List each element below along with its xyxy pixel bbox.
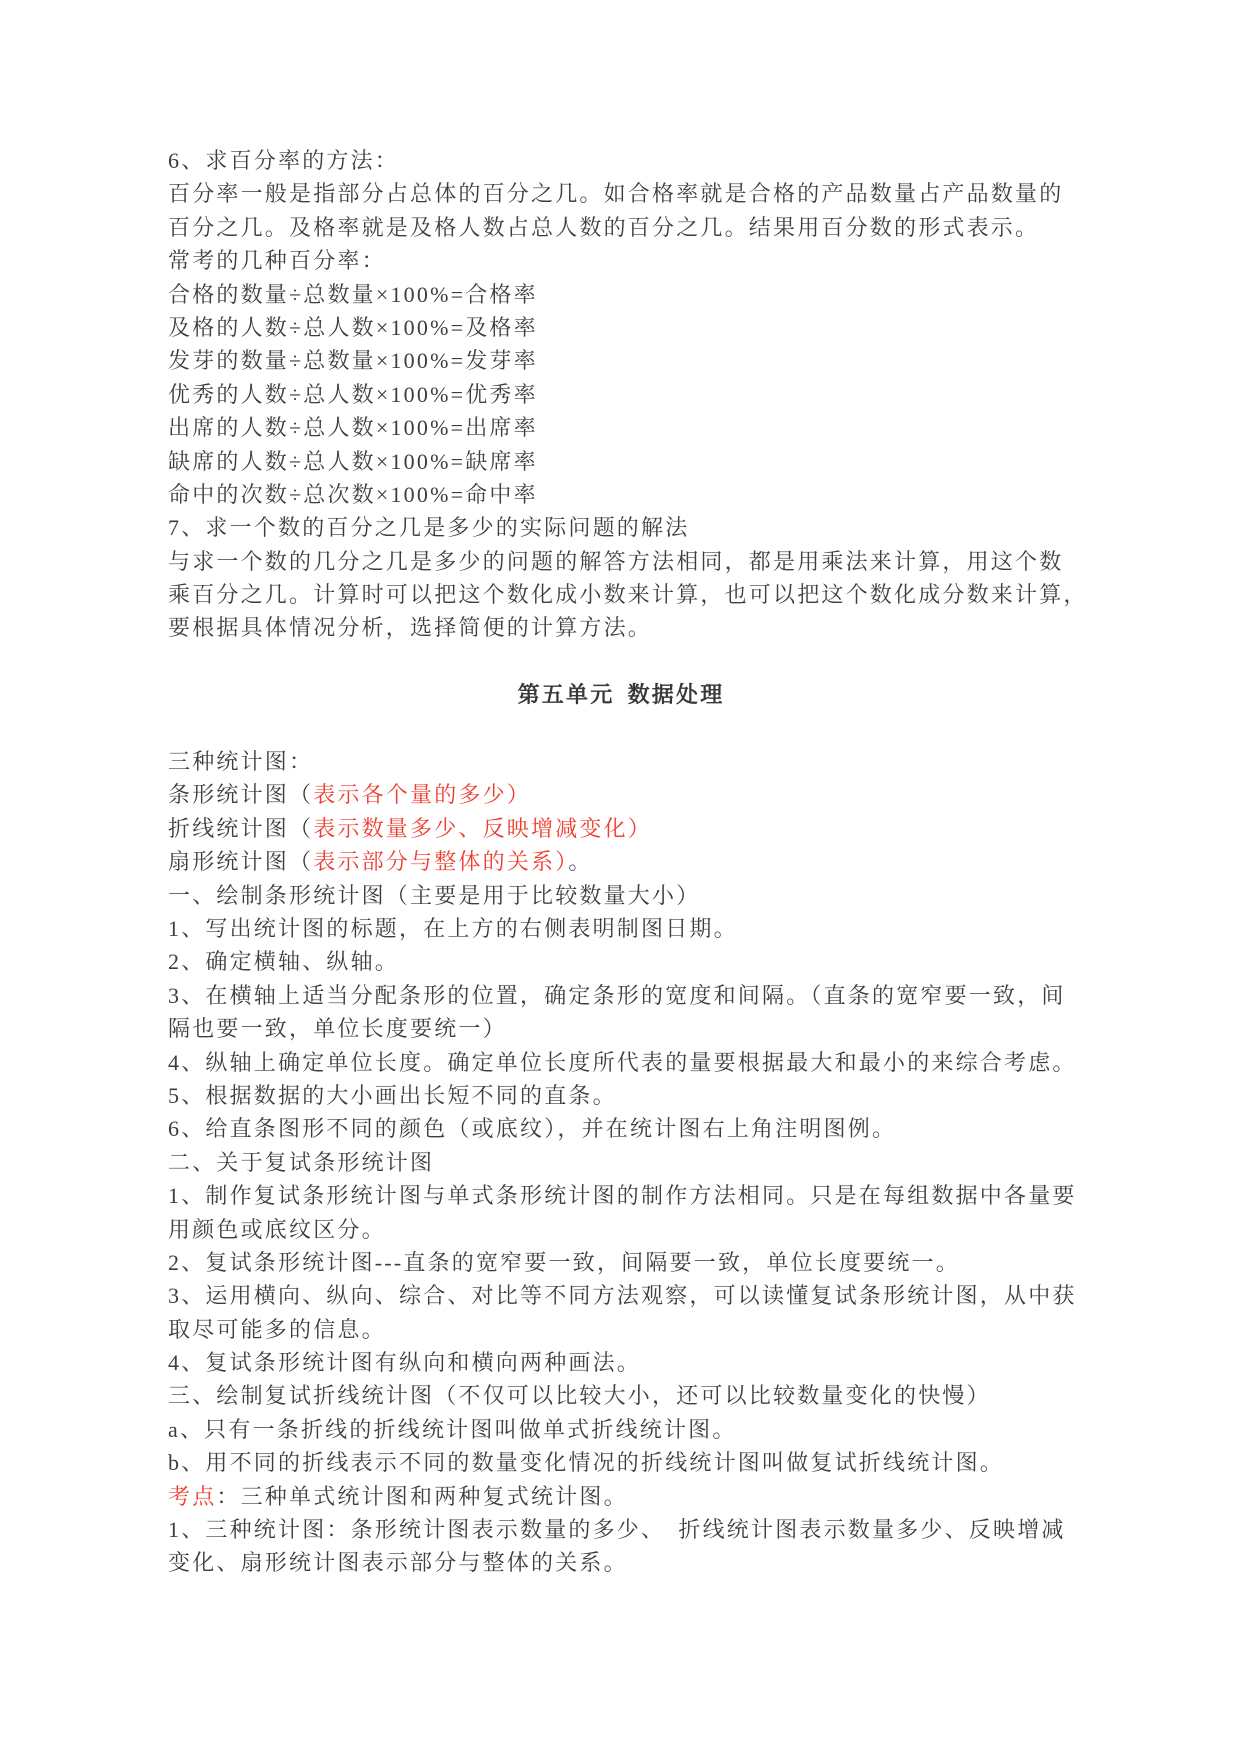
doc-line: 取尽可能多的信息。 bbox=[168, 1313, 1074, 1346]
doc-line: 4、复试条形统计图有纵向和横向两种画法。 bbox=[168, 1346, 1074, 1379]
doc-line-segment-red: 表示部分与整体的关系） bbox=[313, 849, 568, 874]
doc-line: 3、运用横向、纵向、综合、对比等不同方法观察，可以读懂复试条形统计图，从中获 bbox=[168, 1279, 1074, 1312]
doc-line-formula: 合格的数量÷总数量×100%=合格率 bbox=[168, 278, 1074, 311]
doc-line-formula: 优秀的人数÷总人数×100%=优秀率 bbox=[168, 378, 1074, 411]
doc-line: 用颜色或底纹区分。 bbox=[168, 1213, 1074, 1246]
doc-line-formula: 出席的人数÷总人数×100%=出席率 bbox=[168, 411, 1074, 444]
document-page: 6、求百分率的方法： 百分率一般是指部分占总体的百分之几。如合格率就是合格的产品… bbox=[0, 0, 1241, 1754]
doc-line: b、用不同的折线表示不同的数量变化情况的折线统计图叫做复试折线统计图。 bbox=[168, 1446, 1074, 1479]
doc-line: 1、写出统计图的标题，在上方的右侧表明制图日期。 bbox=[168, 912, 1074, 945]
doc-line-formula: 命中的次数÷总次数×100%=命中率 bbox=[168, 478, 1074, 511]
doc-line-formula: 及格的人数÷总人数×100%=及格率 bbox=[168, 311, 1074, 344]
doc-line: 与求一个数的几分之几是多少的问题的解答方法相同，都是用乘法来计算，用这个数 bbox=[168, 545, 1074, 578]
doc-line: 4、纵轴上确定单位长度。确定单位长度所代表的量要根据最大和最小的来综合考虑。 bbox=[168, 1046, 1074, 1079]
doc-line-segment: ：三种单式统计图和两种复式统计图。 bbox=[216, 1484, 627, 1509]
doc-line: a、只有一条折线的折线统计图叫做单式折线统计图。 bbox=[168, 1413, 1074, 1446]
doc-line-pie-chart: 扇形统计图（表示部分与整体的关系）。 bbox=[168, 845, 1074, 878]
doc-line: 1、三种统计图：条形统计图表示数量的多少、 折线统计图表示数量多少、反映增减 bbox=[168, 1513, 1074, 1546]
doc-line: 乘百分之几。计算时可以把这个数化成小数来计算，也可以把这个数化成分数来计算， bbox=[168, 578, 1074, 611]
doc-line: 5、根据数据的大小画出长短不同的直条。 bbox=[168, 1079, 1074, 1112]
doc-line-segment: 扇形统计图（ bbox=[168, 849, 313, 874]
document-text-column: 6、求百分率的方法： 百分率一般是指部分占总体的百分之几。如合格率就是合格的产品… bbox=[168, 144, 1074, 1580]
doc-line-segment-red: 考点 bbox=[168, 1484, 216, 1509]
doc-line: 常考的几种百分率： bbox=[168, 244, 1074, 277]
doc-line: 3、在横轴上适当分配条形的位置，确定条形的宽度和间隔。（直条的宽窄要一致，间 bbox=[168, 979, 1074, 1012]
doc-line-formula: 发芽的数量÷总数量×100%=发芽率 bbox=[168, 344, 1074, 377]
doc-line-segment: 。 bbox=[568, 849, 592, 874]
section-heading: 第五单元 数据处理 bbox=[168, 678, 1074, 711]
doc-line: 6、求百分率的方法： bbox=[168, 144, 1074, 177]
doc-line: 2、确定横轴、纵轴。 bbox=[168, 945, 1074, 978]
doc-line-segment: 折线统计图（ bbox=[168, 816, 313, 841]
doc-line: 百分率一般是指部分占总体的百分之几。如合格率就是合格的产品数量占产品数量的 bbox=[168, 177, 1074, 210]
doc-line: 一、绘制条形统计图（主要是用于比较数量大小） bbox=[168, 879, 1074, 912]
doc-line: 变化、扇形统计图表示部分与整体的关系。 bbox=[168, 1546, 1074, 1579]
doc-line: 百分之几。及格率就是及格人数占总人数的百分之几。结果用百分数的形式表示。 bbox=[168, 211, 1074, 244]
doc-line: 1、制作复试条形统计图与单式条形统计图的制作方法相同。只是在每组数据中各量要 bbox=[168, 1179, 1074, 1212]
doc-line: 7、求一个数的百分之几是多少的实际问题的解法 bbox=[168, 511, 1074, 544]
doc-line: 隔也要一致，单位长度要统一） bbox=[168, 1012, 1074, 1045]
doc-line-formula: 缺席的人数÷总人数×100%=缺席率 bbox=[168, 445, 1074, 478]
doc-line: 要根据具体情况分析，选择简便的计算方法。 bbox=[168, 611, 1074, 644]
doc-line-line-chart: 折线统计图（表示数量多少、反映增减变化） bbox=[168, 812, 1074, 845]
doc-line-segment: 条形统计图（ bbox=[168, 782, 313, 807]
doc-line-exam-point: 考点：三种单式统计图和两种复式统计图。 bbox=[168, 1480, 1074, 1513]
doc-line: 2、复试条形统计图---直条的宽窄要一致，间隔要一致，单位长度要统一。 bbox=[168, 1246, 1074, 1279]
doc-line: 三、绘制复试折线统计图（不仅可以比较大小，还可以比较数量变化的快慢） bbox=[168, 1379, 1074, 1412]
doc-line: 6、给直条图形不同的颜色（或底纹），并在统计图右上角注明图例。 bbox=[168, 1112, 1074, 1145]
doc-line-segment-red: 表示数量多少、反映增减变化） bbox=[313, 816, 652, 841]
blank-line bbox=[168, 645, 1074, 678]
doc-line-segment-red: 表示各个量的多少） bbox=[313, 782, 531, 807]
doc-line: 二、关于复试条形统计图 bbox=[168, 1146, 1074, 1179]
doc-line: 三种统计图： bbox=[168, 745, 1074, 778]
blank-line bbox=[168, 712, 1074, 745]
doc-line-bar-chart: 条形统计图（表示各个量的多少） bbox=[168, 778, 1074, 811]
